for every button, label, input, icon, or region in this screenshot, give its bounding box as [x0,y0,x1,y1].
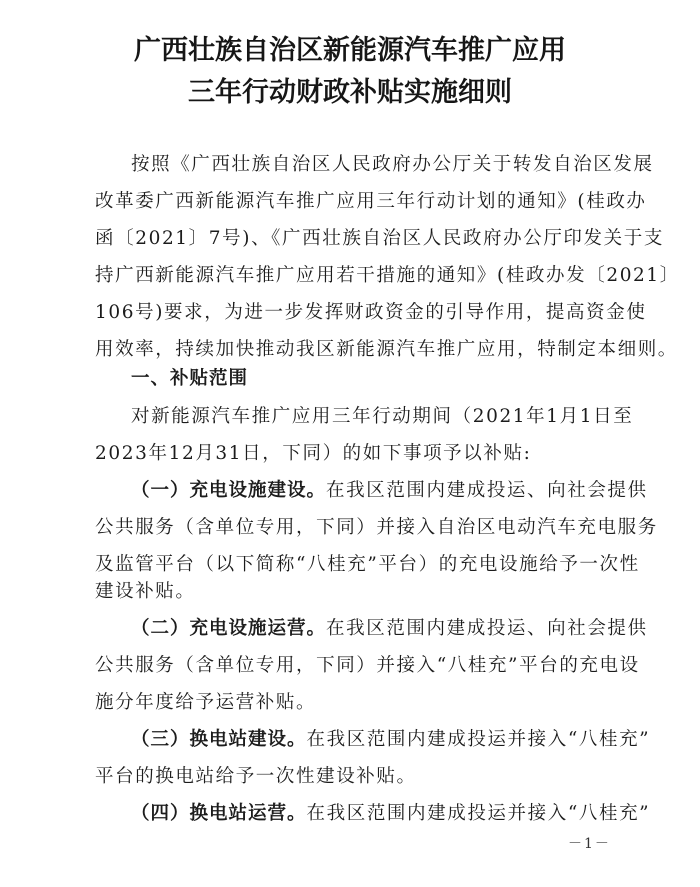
intro-line: 改革委广西新能源汽车推广应用三年行动计划的通知》(桂政办 [95,187,647,213]
document-title-line-1: 广西壮族自治区新能源汽车推广应用 [0,28,700,67]
section-lead-line: 对新能源汽车推广应用三年行动期间（2021年1月1日至 [131,402,633,428]
item-2-text: 在我区范围内建成投运、向社会提供 [326,618,648,639]
item-1-line: 建设补贴。 [95,577,196,603]
item-4-text: 在我区范围内建成投运并接入“八桂充” [307,803,651,824]
item-3-label: （三）换电站建设。 [131,729,307,750]
document-page: 广西壮族自治区新能源汽车推广应用 三年行动财政补贴实施细则 按照《广西壮族自治区… [0,0,700,887]
document-title-line-2: 三年行动财政补贴实施细则 [0,70,700,109]
item-3-line: 平台的换电站给予一次性建设补贴。 [95,762,417,788]
intro-line: 持广西新能源汽车推广应用若干措施的通知》(桂政办发〔2021〕 [95,261,680,287]
section-lead-line: 2023年12月31日，下同）的如下事项予以补贴: [95,439,531,465]
intro-line: 106号)要求，为进一步发挥财政资金的引导作用，提高资金使 [95,298,646,324]
item-3-text: 在我区范围内建成投运并接入“八桂充” [307,729,651,750]
item-3-first-line: （三）换电站建设。在我区范围内建成投运并接入“八桂充” [131,725,650,751]
intro-line: 用效率，持续加快推动我区新能源汽车推广应用，特制定本细则。 [95,335,678,361]
item-4-label: （四）换电站运营。 [131,803,307,824]
item-1-line: 及监管平台（以下简称“八桂充”平台）的充电设施给予一次性 [95,550,640,576]
item-4-first-line: （四）换电站运营。在我区范围内建成投运并接入“八桂充” [131,799,650,825]
item-1-first-line: （一）充电设施建设。在我区范围内建成投运、向社会提供 [131,476,648,502]
intro-line: 按照《广西壮族自治区人民政府办公厅关于转发自治区发展 [131,150,654,176]
item-1-label: （一）充电设施建设。 [131,480,326,501]
section-heading: 一、补贴范围 [131,364,248,390]
item-1-line: 公共服务（含单位专用，下同）并接入自治区电动汽车充电服务 [95,513,658,539]
item-2-label: （二）充电设施运营。 [131,618,326,639]
intro-line: 函〔2021〕7号)、《广西壮族自治区人民政府办公厅印发关于支 [95,224,664,250]
page-number: －1－ [568,833,611,853]
item-1-text: 在我区范围内建成投运、向社会提供 [326,480,648,501]
item-2-first-line: （二）充电设施运营。在我区范围内建成投运、向社会提供 [131,614,648,640]
item-2-line: 施分年度给予运营补贴。 [95,688,316,714]
item-2-line: 公共服务（含单位专用，下同）并接入“八桂充”平台的充电设 [95,651,640,677]
